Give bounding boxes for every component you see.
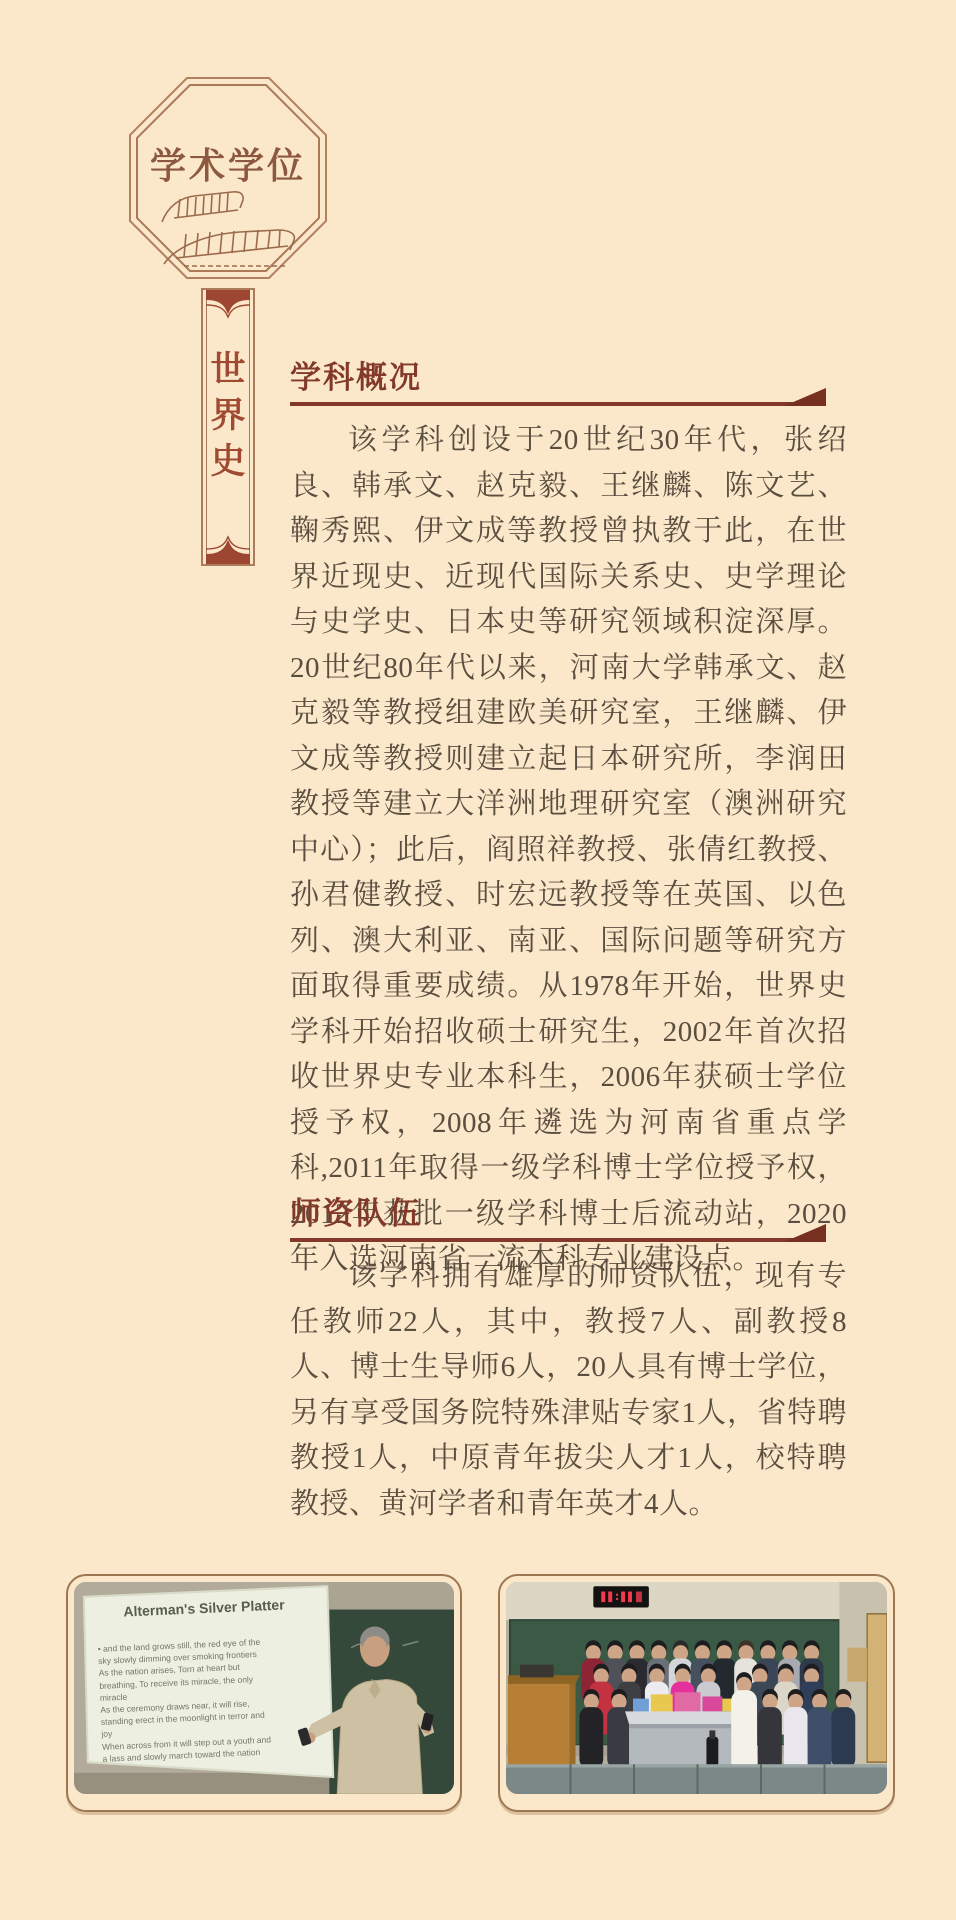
- photo-frame-right: [498, 1574, 895, 1812]
- banner-bottom-ornament: [203, 532, 253, 564]
- banner-char: 世: [210, 352, 245, 387]
- photo-frame-left: Alterman's Silver Platter • and the land…: [66, 1574, 462, 1812]
- classroom-scene: [506, 1582, 887, 1794]
- rule-arrow-icon: [784, 1224, 826, 1242]
- faculty-heading: 师资队伍: [290, 1188, 847, 1233]
- group-photo: [506, 1582, 887, 1794]
- section-overview: 学科概况 该学科创设于20世纪30年代，张绍良、韩承文、赵克毅、王继麟、陈文艺、…: [290, 352, 847, 1283]
- subject-banner: 世界史: [201, 288, 255, 566]
- wall-panel: [847, 1648, 867, 1682]
- section-faculty: 师资队伍 该学科拥有雄厚的师资队伍，现有专任教师22人，其中，教授7人、副教授8…: [290, 1188, 847, 1527]
- led-clock: [593, 1586, 649, 1607]
- badge-label: 学术学位: [128, 138, 328, 189]
- slide-text-lines: • and the land grows still, the red eye …: [97, 1633, 326, 1765]
- rule-arrow-icon: [784, 388, 826, 406]
- overview-heading-rule: [290, 402, 826, 406]
- banner-top-ornament: [203, 290, 253, 322]
- student-desks: [506, 1764, 887, 1794]
- faculty-heading-rule: [290, 1238, 826, 1242]
- overview-paragraph: 该学科创设于20世纪30年代，张绍良、韩承文、赵克毅、王继麟、陈文艺、鞠秀熙、伊…: [290, 418, 847, 1283]
- banner-char: 界: [210, 398, 245, 433]
- door: [867, 1614, 887, 1762]
- lecture-photo: Alterman's Silver Platter • and the land…: [74, 1582, 454, 1794]
- banner-title: 世界史: [203, 352, 253, 479]
- academic-degree-badge: 学术学位: [128, 76, 328, 280]
- overview-heading: 学科概况: [290, 352, 847, 397]
- badge-roof-art: [162, 192, 294, 266]
- faculty-paragraph: 该学科拥有雄厚的师资队伍，现有专任教师22人，其中，教授7人、副教授8人、博士生…: [290, 1254, 847, 1527]
- banner-char: 史: [210, 444, 245, 479]
